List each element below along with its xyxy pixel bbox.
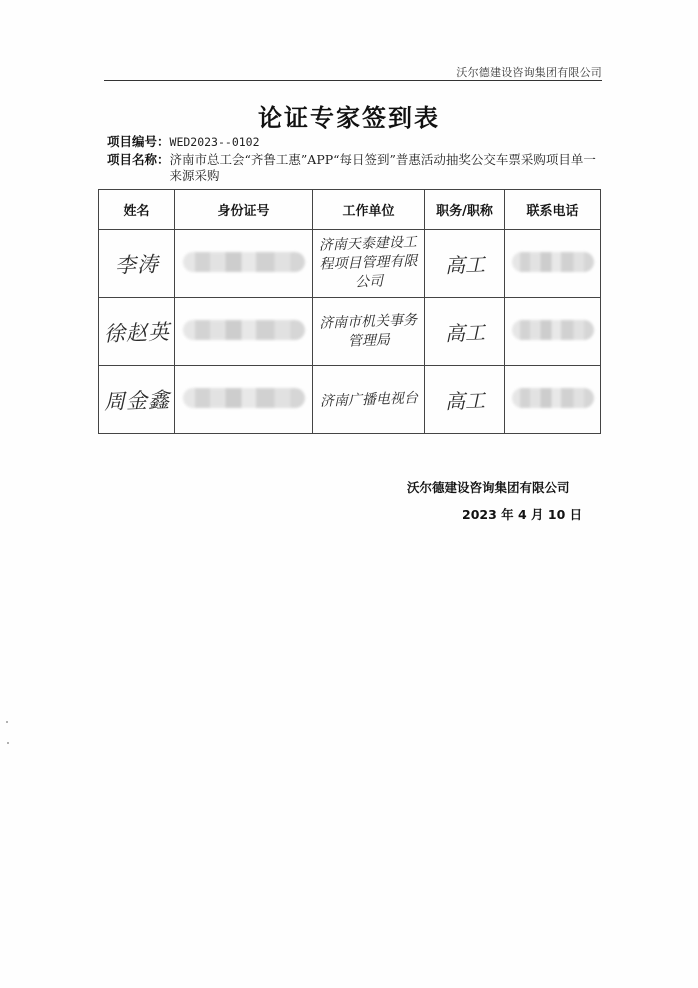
signature-name: 李涛 bbox=[114, 248, 159, 280]
handwritten-work-unit: 济南市机关事务管理局 bbox=[312, 311, 424, 353]
cell-title: 高工 bbox=[425, 298, 505, 366]
cell-work-unit: 济南市机关事务管理局 bbox=[313, 298, 425, 366]
cell-phone bbox=[505, 230, 601, 298]
header-phone: 联系电话 bbox=[505, 190, 601, 230]
redacted-phone bbox=[512, 252, 594, 272]
page-title: 论证专家签到表 bbox=[0, 98, 698, 133]
redacted-phone bbox=[512, 388, 594, 408]
footer-company: 沃尔德建设咨询集团有限公司 bbox=[407, 478, 570, 496]
project-name-line: 项目名称：济南市总工会“齐鲁工惠”APP“每日签到”普惠活动抽奖公交车票采购项目… bbox=[107, 152, 607, 184]
cell-title: 高工 bbox=[425, 230, 505, 298]
signature-name: 周金鑫 bbox=[103, 383, 170, 415]
project-name-label: 项目名称： bbox=[107, 152, 170, 167]
table-row: 李涛 济南天泰建设工程项目管理有限公司 高工 bbox=[99, 230, 601, 298]
signature-name: 徐赵英 bbox=[103, 315, 170, 347]
running-header: 沃尔德建设咨询集团有限公司 bbox=[104, 62, 602, 81]
handwritten-title: 高工 bbox=[444, 316, 485, 346]
handwritten-title: 高工 bbox=[444, 248, 485, 278]
project-code-line: 项目编号：WED2023--0102 bbox=[107, 134, 260, 150]
header-name: 姓名 bbox=[99, 190, 175, 230]
header-id-number: 身份证号 bbox=[175, 190, 313, 230]
cell-name: 李涛 bbox=[99, 230, 175, 298]
handwritten-title: 高工 bbox=[444, 384, 485, 414]
scan-speck bbox=[7, 742, 9, 744]
project-name-value: 济南市总工会“齐鲁工惠”APP“每日签到”普惠活动抽奖公交车票采购项目单一来源采… bbox=[170, 152, 600, 184]
cell-id-number bbox=[175, 230, 313, 298]
table-row: 徐赵英 济南市机关事务管理局 高工 bbox=[99, 298, 601, 366]
redacted-phone bbox=[512, 320, 594, 340]
scan-speck bbox=[6, 721, 8, 723]
cell-title: 高工 bbox=[425, 366, 505, 434]
document-page: 沃尔德建设咨询集团有限公司 论证专家签到表 项目编号：WED2023--0102… bbox=[0, 0, 698, 988]
cell-work-unit: 济南广播电视台 bbox=[313, 366, 425, 434]
handwritten-work-unit: 济南广播电视台 bbox=[315, 389, 422, 412]
cell-id-number bbox=[175, 366, 313, 434]
cell-phone bbox=[505, 366, 601, 434]
header-title: 职务/职称 bbox=[425, 190, 505, 230]
table-header-row: 姓名 身份证号 工作单位 职务/职称 联系电话 bbox=[99, 190, 601, 230]
cell-name: 徐赵英 bbox=[99, 298, 175, 366]
project-code-value: WED2023--0102 bbox=[170, 135, 260, 149]
redacted-id-number bbox=[183, 388, 305, 408]
running-header-company: 沃尔德建设咨询集团有限公司 bbox=[456, 64, 602, 80]
footer-date: 2023 年 4 月 10 日 bbox=[462, 505, 582, 523]
header-work-unit: 工作单位 bbox=[313, 190, 425, 230]
table-row: 周金鑫 济南广播电视台 高工 bbox=[99, 366, 601, 434]
project-code-label: 项目编号： bbox=[107, 134, 170, 149]
cell-work-unit: 济南天泰建设工程项目管理有限公司 bbox=[313, 230, 425, 298]
handwritten-work-unit: 济南天泰建设工程项目管理有限公司 bbox=[312, 233, 425, 294]
redacted-id-number bbox=[183, 320, 305, 340]
cell-id-number bbox=[175, 298, 313, 366]
cell-name: 周金鑫 bbox=[99, 366, 175, 434]
expert-signin-table: 姓名 身份证号 工作单位 职务/职称 联系电话 李涛 济南天泰建设工程项目管理有… bbox=[98, 189, 601, 434]
cell-phone bbox=[505, 298, 601, 366]
redacted-id-number bbox=[183, 252, 305, 272]
